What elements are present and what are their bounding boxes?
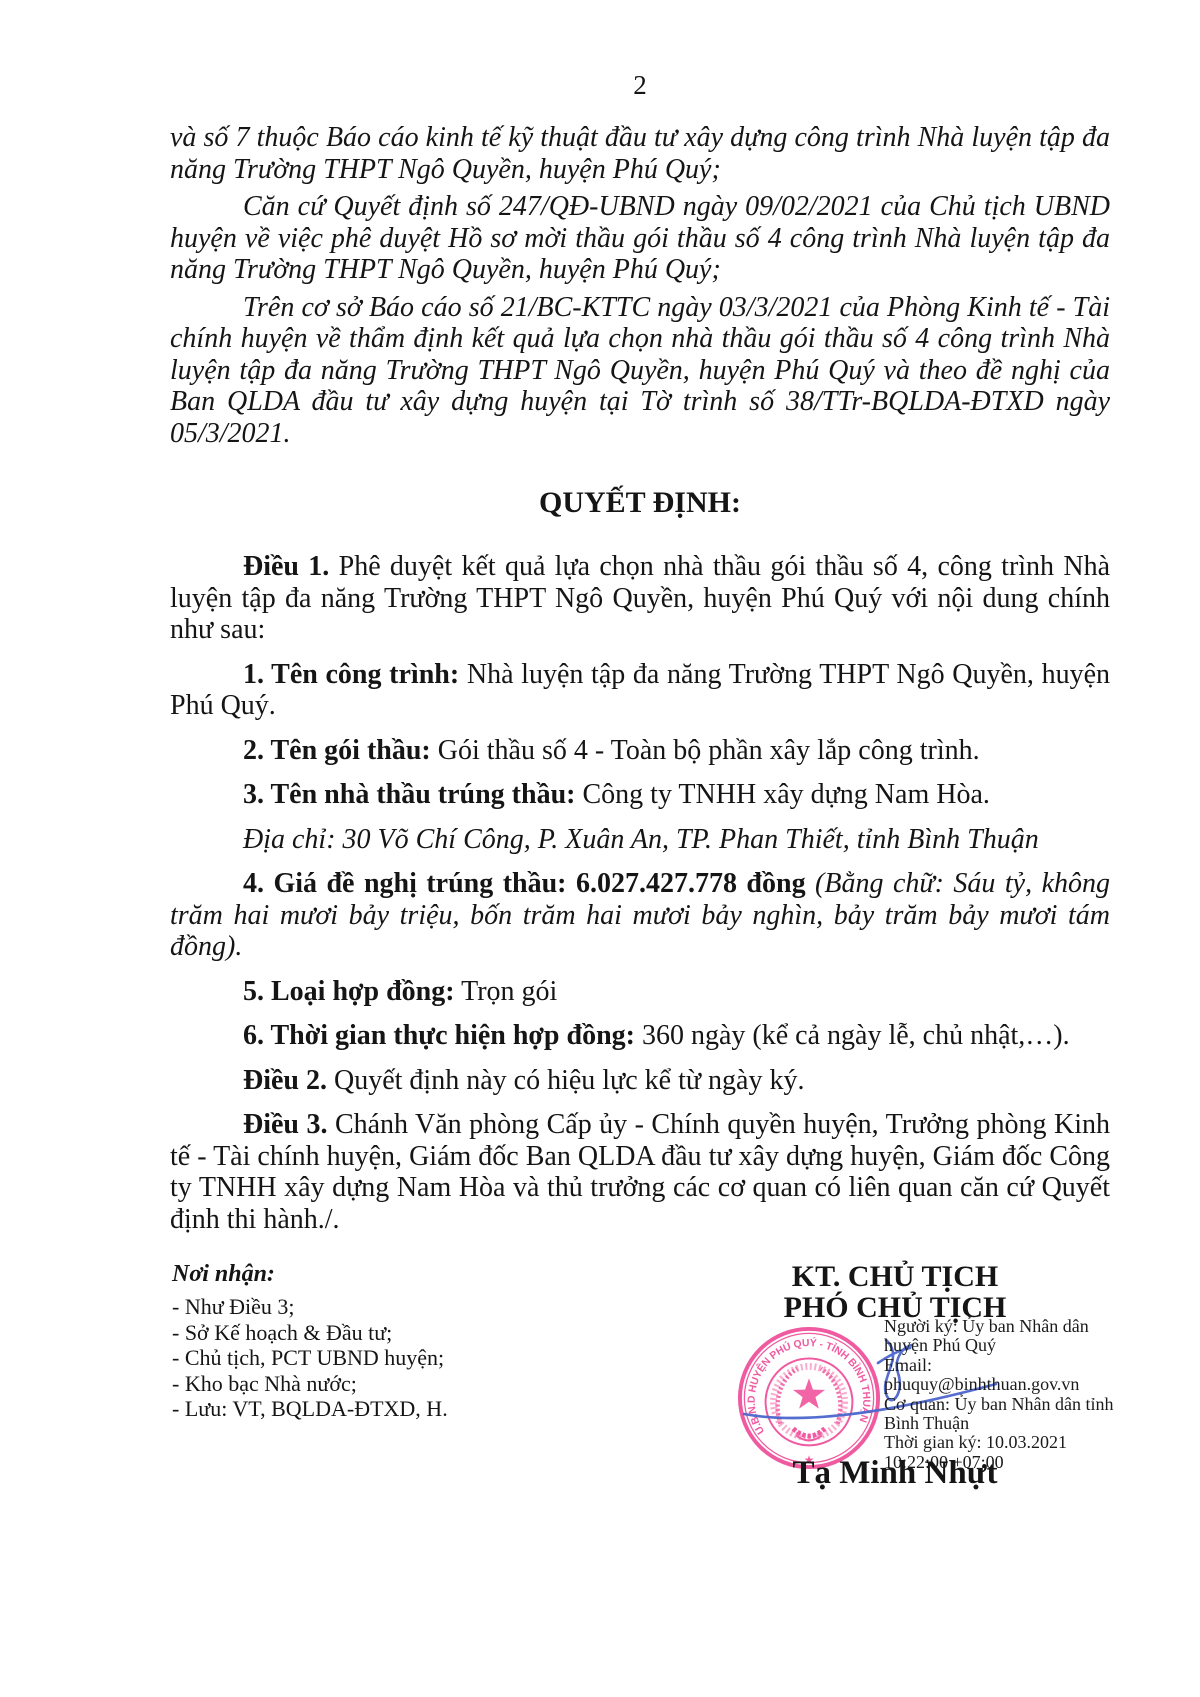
item-4-label: 4. Giá đề nghị trúng thầu: 6.027.427.778…	[243, 868, 806, 899]
contractor-address: Địa chỉ: 30 Võ Chí Công, P. Xuân An, TP.…	[170, 824, 1110, 856]
item-2-text: Gói thầu số 4 - Toàn bộ phần xây lắp côn…	[438, 735, 980, 766]
recipients-title: Nơi nhận:	[172, 1260, 592, 1288]
item-1-project-name: 1. Tên công trình: Nhà luyện tập đa năng…	[170, 659, 1110, 722]
digital-signature-line: Người ký: Ủy ban Nhân dân	[884, 1317, 1136, 1336]
page-number: 2	[170, 70, 1110, 101]
digital-signature-line: Cơ quan: Ủy ban Nhân dân tỉnh	[884, 1395, 1136, 1414]
item-5-label: 5. Loại hợp đồng:	[243, 976, 455, 1007]
recipient-item: - Như Điều 3;	[172, 1294, 592, 1320]
recipient-item: - Sở Kế hoạch & Đầu tư;	[172, 1320, 592, 1346]
digital-signature-line: huyện Phú Quý	[884, 1336, 1136, 1355]
recipient-item: - Chủ tịch, PCT UBND huyện;	[172, 1345, 592, 1371]
decision-heading: QUYẾT ĐỊNH:	[170, 487, 1110, 519]
digital-signature-line: Thời gian ký: 10.03.2021	[884, 1433, 1136, 1452]
paragraph-preamble-continued: và số 7 thuộc Báo cáo kinh tế kỹ thuật đ…	[170, 122, 1110, 185]
paragraph-citation-2: Trên cơ sở Báo cáo số 21/BC-KTTC ngày 03…	[170, 292, 1110, 450]
signer-name: Tạ Minh Nhựt	[690, 1455, 1100, 1492]
item-5-text: Trọn gói	[461, 976, 557, 1007]
item-6-label: 6. Thời gian thực hiện hợp đồng:	[243, 1020, 635, 1051]
digital-signature-line: Bình Thuận	[884, 1414, 1136, 1433]
item-5-contract-type: 5. Loại hợp đồng: Trọn gói	[170, 976, 1110, 1008]
item-1-label: 1. Tên công trình:	[243, 659, 459, 690]
item-3-text: Công ty TNHH xây dựng Nam Hòa.	[582, 779, 989, 810]
item-4-winning-price: 4. Giá đề nghị trúng thầu: 6.027.427.778…	[170, 868, 1110, 963]
document-body: và số 7 thuộc Báo cáo kinh tế kỹ thuật đ…	[170, 122, 1110, 1248]
item-2-label: 2. Tên gói thầu:	[243, 735, 431, 766]
article-1: Điều 1. Phê duyệt kết quả lựa chọn nhà t…	[170, 551, 1110, 646]
recipient-item: - Lưu: VT, BQLDA-ĐTXD, H.	[172, 1396, 592, 1422]
signer-position-kt: KT. CHỦ TỊCH	[690, 1261, 1100, 1292]
article-3: Điều 3. Chánh Văn phòng Cấp ủy - Chính q…	[170, 1109, 1110, 1235]
recipient-item: - Kho bạc Nhà nước;	[172, 1371, 592, 1397]
digital-signature-line: phuquy@binhthuan.gov.vn	[884, 1375, 1136, 1394]
article-3-label: Điều 3.	[243, 1109, 327, 1140]
article-2-label: Điều 2.	[243, 1065, 327, 1096]
item-6-text: 360 ngày (kể cả ngày lễ, chủ nhật,…).	[642, 1020, 1070, 1051]
signature-titles: KT. CHỦ TỊCH PHÓ CHỦ TỊCH	[690, 1261, 1100, 1323]
recipients-block: Nơi nhận: - Như Điều 3; - Sở Kế hoạch & …	[172, 1260, 592, 1422]
digital-signature-info: Người ký: Ủy ban Nhân dân huyện Phú Quý …	[884, 1317, 1136, 1472]
item-6-contract-duration: 6. Thời gian thực hiện hợp đồng: 360 ngà…	[170, 1020, 1110, 1052]
article-2: Điều 2. Quyết định này có hiệu lực kể từ…	[170, 1065, 1110, 1097]
digital-signature-line: Email:	[884, 1356, 1136, 1375]
item-3-winning-contractor: 3. Tên nhà thầu trúng thầu: Công ty TNHH…	[170, 779, 1110, 811]
item-3-label: 3. Tên nhà thầu trúng thầu:	[243, 779, 575, 810]
article-1-label: Điều 1.	[243, 551, 329, 582]
item-2-package-name: 2. Tên gói thầu: Gói thầu số 4 - Toàn bộ…	[170, 735, 1110, 767]
document-page: 2 và số 7 thuộc Báo cáo kinh tế kỹ thuật…	[0, 0, 1200, 1697]
paragraph-citation-1: Căn cứ Quyết định số 247/QĐ-UBND ngày 09…	[170, 191, 1110, 286]
article-2-text: Quyết định này có hiệu lực kể từ ngày ký…	[334, 1065, 804, 1096]
